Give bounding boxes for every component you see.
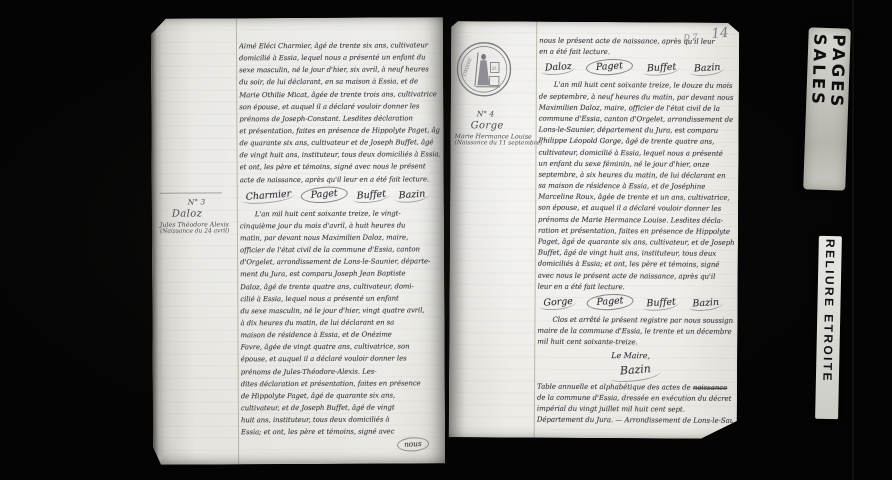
handwritten-line: de septembre, à neuf heures du matin, pa…	[539, 91, 735, 103]
signature: Paget	[300, 185, 348, 204]
act-separator-line	[160, 192, 222, 193]
handwritten-line: officier de l'état civil de la commune d…	[240, 243, 440, 256]
handwritten-line: acte de naissance, après qu'il leur en a…	[240, 173, 440, 186]
handwritten-line: dites déclaration et présentation, faite…	[241, 377, 441, 390]
act-surname: Daloz	[172, 208, 236, 219]
signature: Gorge	[539, 296, 577, 311]
act-subtitle: (Naissance du 11 septembre)	[455, 140, 535, 146]
signature: Bazin	[395, 188, 430, 204]
handwritten-line: Favre, âgée de vingt quatre ans, cultiva…	[241, 340, 441, 353]
signature: Bazin	[689, 297, 724, 312]
act2-end-text: Aimé Eléci Charmier, âgé de trente six a…	[239, 39, 440, 186]
act4-signature-row: GorgePagetBuffetBazin	[537, 293, 733, 316]
closing-title: Le Maire,	[537, 348, 733, 362]
signature: Buffet	[643, 62, 681, 77]
handwritten-line: cultivateur, et de Joseph Buffet, âgé de…	[241, 401, 441, 414]
handwritten-line: prénoms de Jules-Théodore-Alexis. Les-	[241, 365, 441, 378]
act4-text: L'an mil huit cent soixante treize, le d…	[538, 80, 735, 294]
handwritten-line: en a été fait lecture.	[539, 47, 735, 59]
handwritten-line: prénoms de Marie Hermance Louise. Lesdit…	[538, 214, 734, 226]
handwritten-line: et présentation, faites en présence de H…	[239, 124, 439, 137]
handwritten-line: de quarante six ans, cultivateur et de J…	[239, 136, 439, 149]
film-edge	[852, 0, 854, 480]
handwritten-line: maison de résidence à Essia, et de Onézi…	[240, 328, 440, 341]
handwritten-line: Marie Othilie Micat, âgée de trente troi…	[239, 88, 439, 101]
annual-table-lines: de la commune d'Essia, dressée en exécut…	[537, 392, 733, 427]
act-subtitle: (Naissance du 24 avril)	[160, 228, 236, 234]
handwritten-line: épouse, et auquel il a déclaré vouloir d…	[241, 353, 441, 366]
right-page: D 7 14 TIMBRE 2f. N° 4 Gorge Marie Herma…	[449, 21, 740, 439]
handwritten-line: ment du Jura, est comparu Joseph Jean Ba…	[240, 268, 440, 281]
signature: Paget	[585, 58, 633, 77]
condition-label: PAGES SALES	[803, 27, 851, 190]
handwritten-line: cilié à Essia, lequel nous a présenté un…	[240, 292, 440, 305]
catchword: nous	[241, 438, 441, 451]
act3-text: L'an mil huit cent soixante treize, le v…	[240, 207, 441, 439]
handwritten-line: matin, par devant nous Maximilien Daloz,…	[240, 231, 440, 244]
act2-signature-row: CharmierPagetBuffetBazin	[240, 185, 440, 208]
handwritten-line: domicilié à Essia, lequel nous a présent…	[239, 51, 439, 64]
left-page: N° 3 Daloz Jules Théodore Alexis (Naissa…	[151, 17, 445, 465]
mayor-signature: Bazin	[537, 361, 733, 382]
handwritten-line: de vingt huit ans, instituteur, tous deu…	[240, 149, 440, 162]
handwritten-line: à dix heures du matin, de lui déclarant …	[240, 316, 440, 329]
act-number: N° 3	[188, 197, 236, 206]
handwritten-line: avec nous le présent acte de naissance, …	[538, 270, 734, 282]
handwritten-line: du sexe masculin, né le jour d'hier, vin…	[240, 304, 440, 317]
stamp-denomination: 2f.	[491, 67, 497, 72]
timbre-stamp-icon: TIMBRE 2f.	[455, 37, 513, 101]
handwritten-line: L'an mil huit cent soixante treize, le d…	[539, 80, 735, 92]
handwritten-line: Département du Jura. — Arrondissement de…	[537, 415, 733, 427]
signature: Paget	[586, 293, 634, 312]
handwritten-line: du soir, de lui déclarant, en sa maison …	[239, 76, 439, 89]
handwritten-line: cinquième jour du mois d'avril, à huit h…	[240, 219, 440, 232]
handwritten-line: Philippe Léopold Gorge, âgé de trente qu…	[539, 136, 735, 148]
margin-note-act4: N° 4 Gorge Marie Hermance Louise (Naissa…	[455, 109, 535, 146]
act-number: N° 4	[477, 109, 535, 118]
handwritten-line: son épouse, et auquel il a déclaré voulo…	[239, 100, 439, 113]
act3-signature-row: DalozPagetBuffetBazin	[539, 58, 735, 81]
annual-table-heading: Table annuelle et alphabétique des actes…	[537, 381, 733, 393]
act-surname: Gorge	[471, 120, 535, 131]
handwritten-line: Daloz, âgé de trente quatre ans, cultiva…	[240, 280, 440, 293]
signature: Buffet	[352, 188, 390, 204]
act3-end-text: nous le présent acte de naissance, après…	[539, 36, 735, 60]
handwritten-line: d'Orgelet, arrondissement de Lons-le-Sau…	[240, 256, 440, 269]
handwritten-line: L'an mil huit cent soixante treize, le v…	[240, 207, 440, 220]
handwritten-line: son épouse, et auquel il a déclaré voulo…	[538, 203, 734, 215]
handwritten-line: sexe masculin, né le jour d'hier, six av…	[239, 64, 439, 77]
closing-statement: Clos et arrêté le présent registre par n…	[537, 315, 733, 350]
right-page-text-column: nous le présent acte de naissance, après…	[537, 36, 735, 427]
handwritten-line: leur en a été fait lecture.	[538, 281, 734, 293]
microfilm-frame: N° 3 Daloz Jules Théodore Alexis (Naissa…	[0, 0, 892, 480]
handwritten-line: mil huit cent soixante-treize.	[537, 337, 733, 349]
signature: Bazin	[690, 62, 725, 77]
handwritten-line: prénoms de Joseph-Constant. Lesdites déc…	[239, 112, 439, 125]
left-page-text-column: Aimé Eléci Charmier, âgé de trente six a…	[239, 39, 441, 450]
handwritten-line: et ont, les père et témoins, signé avec …	[240, 161, 440, 174]
handwritten-line: huit ans, instituteur, tous deux domicil…	[241, 413, 441, 426]
table-intro-line: Table annuelle et alphabétique des actes…	[537, 381, 733, 393]
signature: Daloz	[541, 61, 577, 76]
margin-note-act3: N° 3 Daloz Jules Théodore Alexis (Naissa…	[160, 192, 236, 234]
binding-label: RELIURE ETROITE	[815, 236, 842, 419]
struck-word: naissance	[693, 383, 727, 391]
handwritten-line: cultivateur, domicilié à Essia, lequel n…	[538, 147, 734, 159]
register-spread: N° 3 Daloz Jules Théodore Alexis (Naissa…	[152, 16, 738, 468]
signature: Buffet	[642, 296, 680, 311]
binding-edge	[151, 27, 164, 457]
handwritten-line: Aimé Eléci Charmier, âgé de trente six a…	[239, 39, 439, 52]
signature: Charmier	[241, 188, 295, 205]
handwritten-line: domiciliés à Essia; et ont, les père et …	[538, 259, 734, 271]
handwritten-line: de Hippolyte Paget, âgé de quarante six …	[241, 389, 441, 402]
